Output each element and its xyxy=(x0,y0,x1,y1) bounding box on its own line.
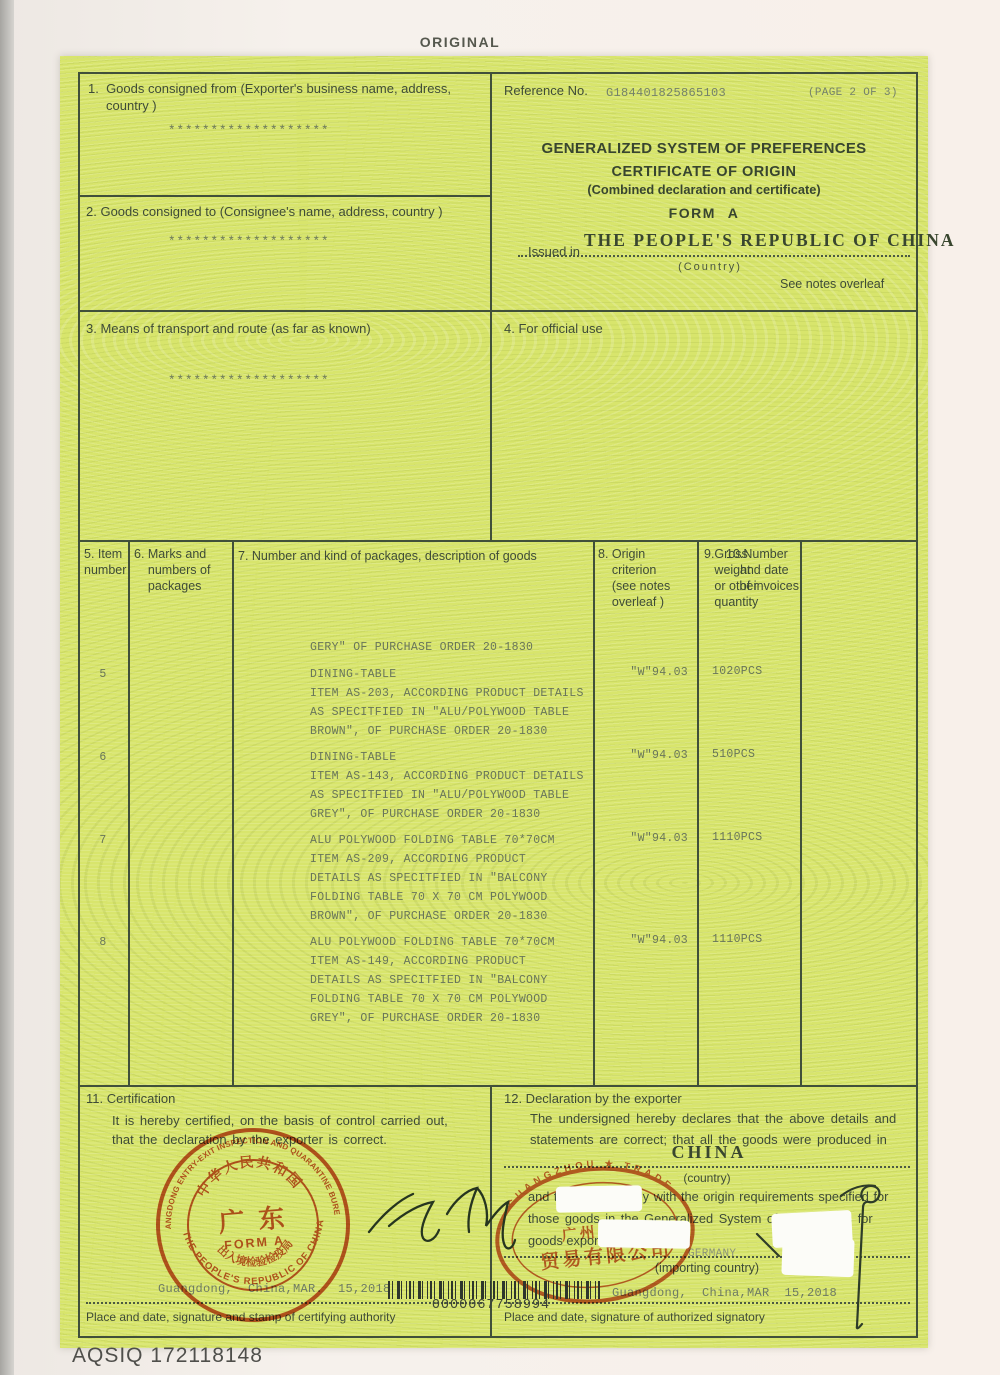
item-description: ALU POLYWOOD FOLDING TABLE 70*70CM ITEM … xyxy=(310,933,555,1028)
form-a-title: FORM A xyxy=(490,205,918,221)
barcode xyxy=(388,1281,600,1299)
item-number: 7 xyxy=(88,831,118,850)
origin-criterion: "W"94.03 xyxy=(596,663,688,682)
divider-table-bottom xyxy=(78,1085,918,1087)
box2-value-asterisks: ******************* xyxy=(168,233,330,252)
item-number: 8 xyxy=(88,933,118,952)
barcode-number: 0000067758994 xyxy=(396,1298,586,1313)
whiteout-patch-1 xyxy=(556,1185,642,1212)
divider-box1-box2 xyxy=(78,195,490,197)
table-col-line-5 xyxy=(800,540,802,1085)
item-number: 6 xyxy=(88,748,118,767)
combined-declaration-subtitle: (Combined declaration and certificate) xyxy=(490,182,918,197)
gross-quantity: 1110PCS xyxy=(712,930,762,949)
signatory-pen-marks xyxy=(745,1178,895,1333)
declared-country: CHINA xyxy=(504,1142,914,1163)
round-official-stamp: GUANGDONG ENTRY-EXIT INSPECTION AND QUAR… xyxy=(145,1117,362,1334)
box12-line1: The undersigned hereby declares that the… xyxy=(530,1110,896,1127)
col10-header: 10.Number and date of invoices xyxy=(726,546,799,594)
box12-title: 12. Declaration by the exporter xyxy=(504,1090,682,1107)
whiteout-patch-2 xyxy=(598,1219,690,1249)
certifier-signature xyxy=(355,1170,520,1270)
origin-criterion: "W"94.03 xyxy=(596,829,688,848)
box4-label: 4. For official use xyxy=(504,320,603,337)
col5-header: 5. Item number xyxy=(84,546,126,578)
gross-quantity: 1020PCS xyxy=(712,662,762,681)
divider-row2 xyxy=(78,310,918,312)
see-notes-overleaf: See notes overleaf xyxy=(780,276,884,292)
gsp-title: GENERALIZED SYSTEM OF PREFERENCES xyxy=(490,140,918,157)
col6-header: 6. Marks and numbers of packages xyxy=(134,546,210,594)
box3-value-asterisks: ******************* xyxy=(168,372,330,391)
goods-continuation-line: GERY" OF PURCHASE ORDER 20-1830 xyxy=(310,638,533,657)
issuing-country: THE PEOPLE'S REPUBLIC OF CHINA xyxy=(584,230,955,251)
box1-value-asterisks: ******************* xyxy=(168,122,330,141)
item-description: DINING-TABLE ITEM AS-203, ACCORDING PROD… xyxy=(310,665,584,741)
copy-type-label: ORIGINAL xyxy=(360,34,560,50)
gross-quantity: 510PCS xyxy=(712,745,755,764)
box11-title: 11. Certification xyxy=(86,1090,175,1107)
scanned-certificate-page: ORIGINAL 1. Goods consigned from (Export… xyxy=(0,0,1000,1375)
reference-number: G184401825865103 xyxy=(606,84,726,103)
oval-stamp-city-text: 广州 xyxy=(561,1223,599,1245)
page-indicator: (PAGE 2 OF 3) xyxy=(808,84,898,103)
divider-table-top xyxy=(78,540,918,542)
col8-header: 8. Origin criterion (see notes overleaf … xyxy=(598,546,670,610)
table-col-line-2 xyxy=(232,540,234,1085)
box2-label: 2. Goods consigned to (Consignee's name,… xyxy=(86,203,443,220)
aqsiq-serial-number: AQSIQ 172118148 xyxy=(72,1344,263,1368)
certificate-of-origin-title: CERTIFICATE OF ORIGIN xyxy=(490,164,918,180)
item-number: 5 xyxy=(88,665,118,684)
item-description: DINING-TABLE ITEM AS-143, ACCORDING PROD… xyxy=(310,748,584,824)
col7-header: 7. Number and kind of packages, descript… xyxy=(238,548,537,564)
table-col-line-1 xyxy=(128,540,130,1085)
reference-label: Reference No. xyxy=(504,82,588,99)
table-col-line-4 xyxy=(697,540,699,1085)
scan-edge-shadow xyxy=(0,0,14,1375)
item-description: ALU POLYWOOD FOLDING TABLE 70*70CM ITEM … xyxy=(310,831,555,926)
box1-label: 1. Goods consigned from (Exporter's busi… xyxy=(88,80,451,114)
gross-quantity: 1110PCS xyxy=(712,828,762,847)
stamp-province-text: 广东 xyxy=(217,1201,299,1238)
issued-in-label: Issued in xyxy=(528,243,580,260)
table-col-line-3 xyxy=(593,540,595,1085)
origin-criterion: "W"94.03 xyxy=(596,746,688,765)
issued-in-dotted-line xyxy=(518,255,910,257)
country-caption: (Country) xyxy=(630,259,790,276)
origin-criterion: "W"94.03 xyxy=(596,931,688,950)
box3-label: 3. Means of transport and route (as far … xyxy=(86,320,371,337)
